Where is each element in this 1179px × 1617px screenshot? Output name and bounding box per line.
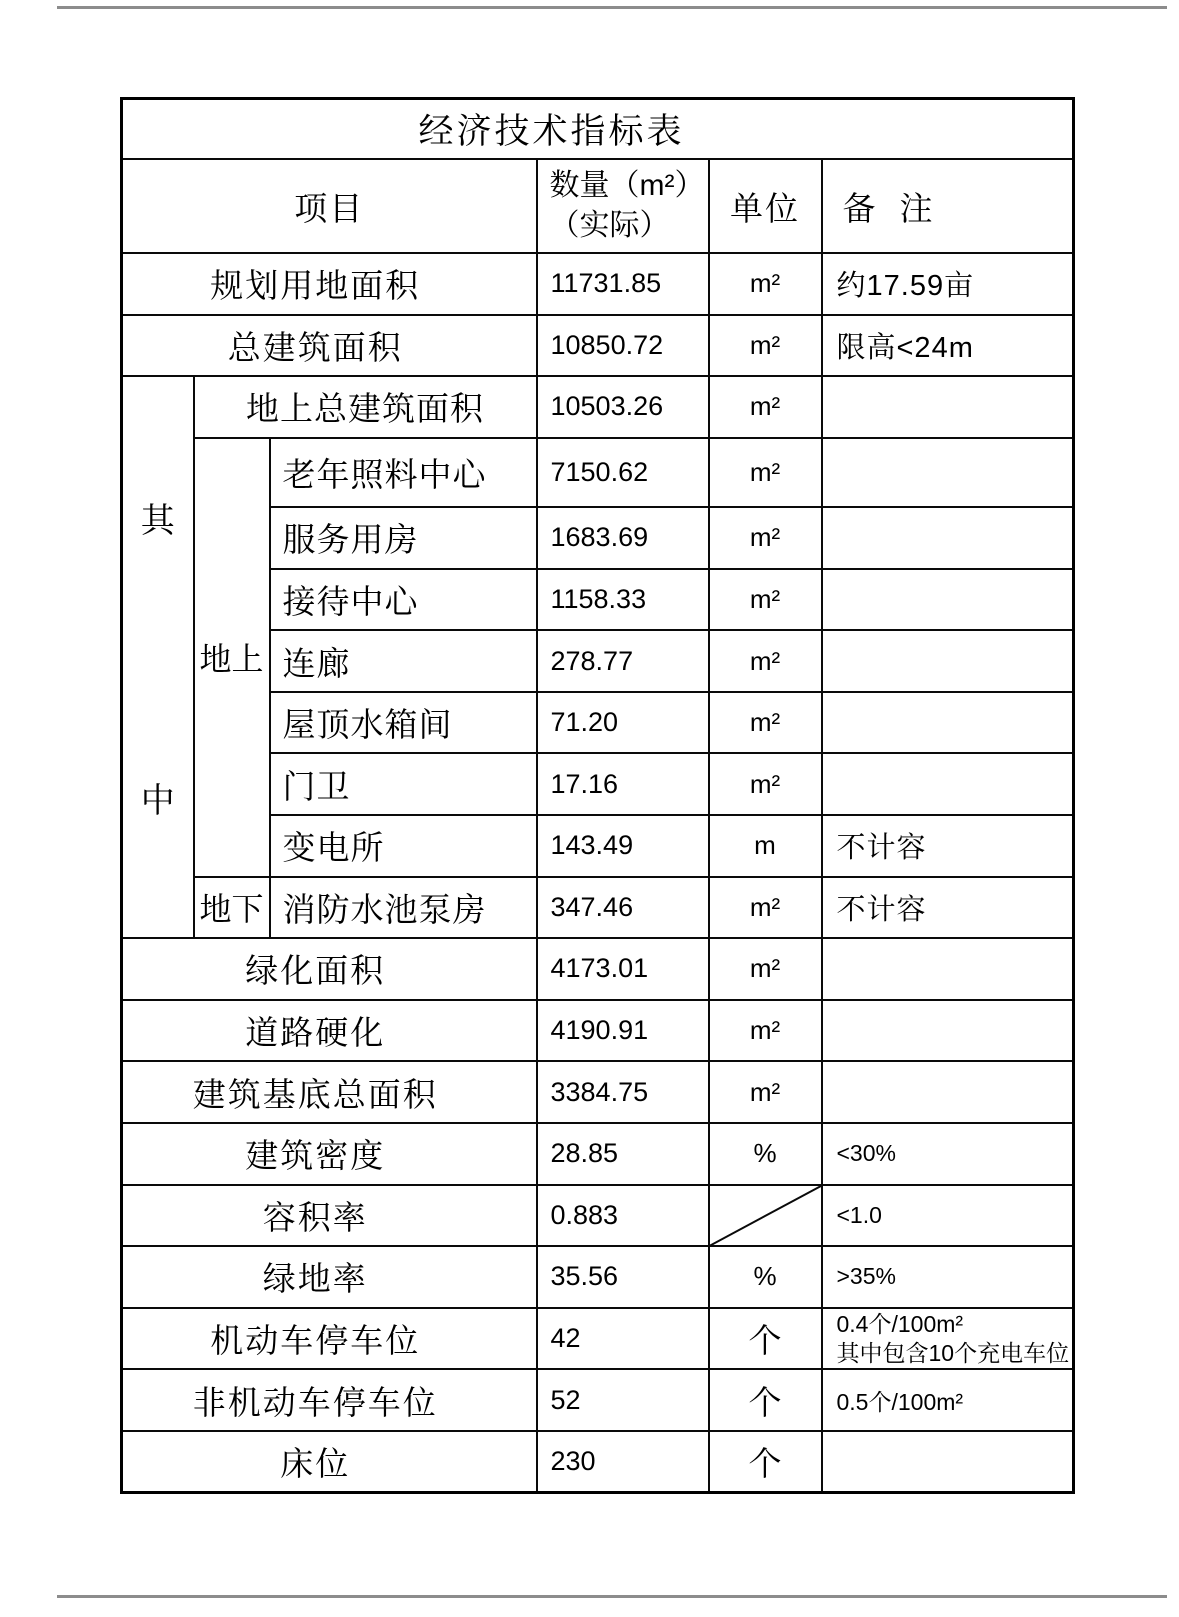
remark-line2: 其中包含10个充电车位	[837, 1339, 1073, 1368]
qty-cell: 10503.26	[537, 376, 709, 438]
qty-cell: 0.883	[537, 1185, 709, 1247]
table-row-non-motor-parking: 非机动车停车位 52 个 0.5个/100m²	[122, 1369, 1074, 1431]
unit-cell: m²	[709, 438, 822, 507]
table-row-motor-parking: 机动车停车位 42 个 0.4个/100m² 其中包含10个充电车位	[122, 1308, 1074, 1370]
remark-cell	[822, 376, 1074, 438]
economic-technical-indicator-table: 经济技术指标表 项目 数量（m²） （实际） 单位 备注 规划用地面积 1173…	[120, 97, 1075, 1494]
table-row-green-space-ratio: 绿地率 35.56 % >35%	[122, 1246, 1074, 1308]
unit-cell: m²	[709, 376, 822, 438]
remark-cell: 0.5个/100m²	[822, 1369, 1074, 1431]
group-cell-dishang: 地上	[194, 438, 270, 877]
qty-cell: 230	[537, 1431, 709, 1493]
unit-cell: 个	[709, 1308, 822, 1370]
unit-cell: m²	[709, 1061, 822, 1123]
table-row-planned-land-area: 规划用地面积 11731.85 m² 约17.59亩	[122, 253, 1074, 315]
unit-cell: m²	[709, 938, 822, 1000]
remark-cell: >35%	[822, 1246, 1074, 1308]
remark-cell	[822, 753, 1074, 815]
unit-cell: m²	[709, 253, 822, 315]
unit-cell: 个	[709, 1431, 822, 1493]
unit-cell: m²	[709, 1000, 822, 1062]
qty-cell: 35.56	[537, 1246, 709, 1308]
table-row-green-area: 绿化面积 4173.01 m²	[122, 938, 1074, 1000]
remark-cell	[822, 438, 1074, 507]
table-row-title: 经济技术指标表	[122, 99, 1074, 160]
label-cell: 绿地率	[122, 1246, 537, 1308]
label-cell: 连廊	[270, 630, 537, 692]
label-cell: 变电所	[270, 815, 537, 877]
unit-cell: %	[709, 1246, 822, 1308]
remark-cell: 不计容	[822, 877, 1074, 939]
table-title: 经济技术指标表	[122, 99, 1074, 160]
unit-cell: m²	[709, 692, 822, 754]
unit-cell: m²	[709, 315, 822, 377]
label-cell: 绿化面积	[122, 938, 537, 1000]
remark-cell	[822, 692, 1074, 754]
remark-cell	[822, 630, 1074, 692]
label-cell: 门卫	[270, 753, 537, 815]
label-cell: 消防水池泵房	[270, 877, 537, 939]
qty-cell: 347.46	[537, 877, 709, 939]
qizhong-char-bottom: 中	[141, 773, 175, 822]
unit-cell: m²	[709, 569, 822, 631]
table-row-building-density: 建筑密度 28.85 % <30%	[122, 1123, 1074, 1185]
remark-cell: <30%	[822, 1123, 1074, 1185]
qty-cell: 3384.75	[537, 1061, 709, 1123]
header-unit: 单位	[709, 159, 822, 253]
qizhong-vertical-text: 其 中	[123, 377, 193, 937]
remark-cell	[822, 1000, 1074, 1062]
qty-cell: 11731.85	[537, 253, 709, 315]
diagonal-slash-line	[710, 1186, 821, 1246]
page-bottom-rule	[57, 1595, 1167, 1598]
qty-cell: 4190.91	[537, 1000, 709, 1062]
remark-cell: 限高<24m	[822, 315, 1074, 377]
label-cell: 容积率	[122, 1185, 537, 1247]
unit-cell-diagonal	[709, 1185, 822, 1247]
header-quantity: 数量（m²） （实际）	[537, 159, 709, 253]
unit-cell: m	[709, 815, 822, 877]
table-row-fire-pool-pump-room: 地下 消防水池泵房 347.46 m² 不计容	[122, 877, 1074, 939]
qty-cell: 52	[537, 1369, 709, 1431]
qty-cell: 71.20	[537, 692, 709, 754]
header-quantity-line1: 数量（m²）	[550, 166, 708, 207]
unit-cell: %	[709, 1123, 822, 1185]
remark-line1: 0.4个/100m²	[837, 1310, 1073, 1339]
qty-cell: 278.77	[537, 630, 709, 692]
page-top-rule	[57, 6, 1167, 9]
table-row-road-hardening: 道路硬化 4190.91 m²	[122, 1000, 1074, 1062]
label-cell: 老年照料中心	[270, 438, 537, 507]
remark-cell	[822, 569, 1074, 631]
qty-cell: 42	[537, 1308, 709, 1370]
qty-cell: 4173.01	[537, 938, 709, 1000]
label-cell: 规划用地面积	[122, 253, 537, 315]
label-cell: 服务用房	[270, 507, 537, 569]
remark-cell: <1.0	[822, 1185, 1074, 1247]
label-cell: 道路硬化	[122, 1000, 537, 1062]
table-row-plot-ratio: 容积率 0.883 <1.0	[122, 1185, 1074, 1247]
table-row-building-footprint: 建筑基底总面积 3384.75 m²	[122, 1061, 1074, 1123]
label-cell: 地上总建筑面积	[194, 376, 537, 438]
qty-cell: 1158.33	[537, 569, 709, 631]
table-row-beds: 床位 230 个	[122, 1431, 1074, 1493]
group-cell-qizhong: 其 中	[122, 376, 194, 938]
table-header-row: 项目 数量（m²） （实际） 单位 备注	[122, 159, 1074, 253]
qty-cell: 10850.72	[537, 315, 709, 377]
table-row-elderly-care-center: 地上 老年照料中心 7150.62 m²	[122, 438, 1074, 507]
label-cell: 屋顶水箱间	[270, 692, 537, 754]
unit-cell: m²	[709, 630, 822, 692]
remark-cell	[822, 938, 1074, 1000]
table-row-total-floor-area: 总建筑面积 10850.72 m² 限高<24m	[122, 315, 1074, 377]
label-cell: 接待中心	[270, 569, 537, 631]
remark-cell	[822, 1431, 1074, 1493]
unit-cell: m²	[709, 753, 822, 815]
label-cell: 总建筑面积	[122, 315, 537, 377]
label-cell: 建筑基底总面积	[122, 1061, 537, 1123]
group-cell-dixia: 地下	[194, 877, 270, 939]
header-item: 项目	[122, 159, 537, 253]
label-cell: 机动车停车位	[122, 1308, 537, 1370]
qizhong-char-top: 其	[141, 493, 175, 542]
label-cell: 床位	[122, 1431, 537, 1493]
label-cell: 建筑密度	[122, 1123, 537, 1185]
qty-cell: 1683.69	[537, 507, 709, 569]
remark-cell: 不计容	[822, 815, 1074, 877]
unit-cell: m²	[709, 877, 822, 939]
qty-cell: 28.85	[537, 1123, 709, 1185]
unit-cell: 个	[709, 1369, 822, 1431]
qty-cell: 17.16	[537, 753, 709, 815]
remark-cell	[822, 507, 1074, 569]
header-remark: 备注	[822, 159, 1074, 253]
qty-cell: 143.49	[537, 815, 709, 877]
remark-cell: 0.4个/100m² 其中包含10个充电车位	[822, 1308, 1074, 1370]
header-quantity-line2: （实际）	[550, 206, 708, 247]
remark-cell: 约17.59亩	[822, 253, 1074, 315]
table-row-above-ground-total: 其 中 地上总建筑面积 10503.26 m²	[122, 376, 1074, 438]
qty-cell: 7150.62	[537, 438, 709, 507]
remark-cell	[822, 1061, 1074, 1123]
unit-cell: m²	[709, 507, 822, 569]
label-cell: 非机动车停车位	[122, 1369, 537, 1431]
